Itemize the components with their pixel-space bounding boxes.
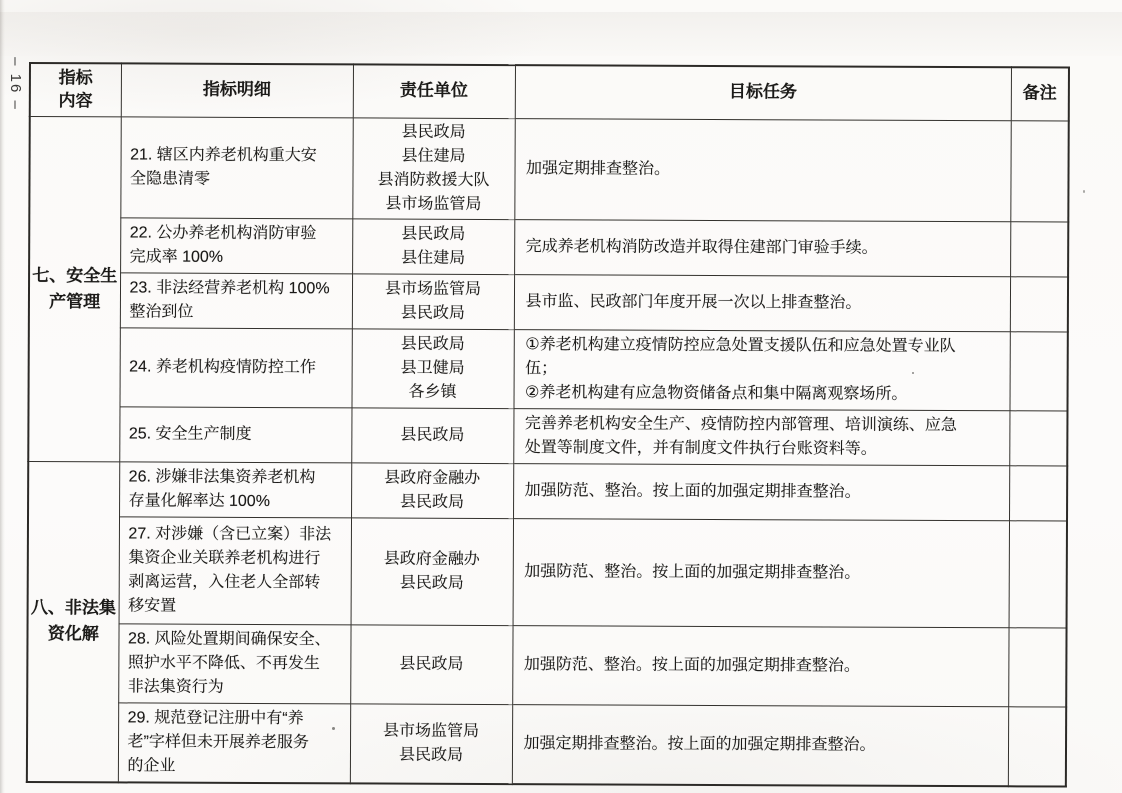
cell-remark-25	[1009, 411, 1067, 466]
cell-units-25: 县民政局	[351, 408, 513, 464]
cell-detail-23: 23. 非法经营养老机构 100% 整治到位	[120, 273, 352, 329]
cell-remark-21	[1010, 121, 1068, 222]
cell-remark-26	[1009, 466, 1067, 521]
table-row-24: 24. 养老机构疫情防控工作 县民政局 县卫健局 各乡镇 ①养老机构建立疫情防控…	[28, 327, 1067, 411]
cell-remark-27	[1009, 521, 1067, 628]
cell-units-23: 县市场监管局 县民政局	[352, 274, 514, 330]
cell-units-28: 县民政局	[350, 625, 512, 705]
cell-task-29: 加强定期排查整治。按上面的加强定期排查整治。	[512, 704, 1008, 786]
cell-units-21: 县民政局 县住建局 县消防救援大队 县市场监管局	[352, 118, 514, 220]
cell-task-25: 完善养老机构安全生产、疫情防控内部管理、培训演练、应急 处置等制度文件，并有制度…	[513, 408, 1009, 465]
header-row: 指标 内容 指标明细 责任单位 目标任务 备注	[30, 63, 1069, 121]
table-row-23: 23. 非法经营养老机构 100% 整治到位 县市场监管局 县民政局 县市监、民…	[29, 272, 1068, 332]
cell-task-27: 加强防范、整治。按上面的加强定期排查整治。	[513, 518, 1009, 627]
table-row-21: 七、安全生 产管理 21. 辖区内养老机构重大安 全隐患清零 县民政局 县住建局…	[29, 116, 1068, 222]
cell-task-28: 加强防范、整治。按上面的加强定期排查整治。	[512, 625, 1008, 706]
page-number: – 16 –	[4, 53, 24, 115]
cell-task-23: 县市监、民政部门年度开展一次以上排查整治。	[514, 274, 1010, 331]
cell-remark-28	[1008, 628, 1066, 707]
group-cell-illegal-fundraising: 八、非法集 资化解	[27, 461, 119, 782]
header-indicator-content: 指标 内容	[30, 63, 121, 117]
cell-units-27: 县政府金融办 县民政局	[351, 518, 513, 626]
scan-shadow-top	[0, 12, 1122, 56]
cell-units-22: 县民政局 县住建局	[352, 219, 514, 275]
cell-detail-26: 26. 涉嫌非法集资养老机构 存量化解率达 100%	[119, 462, 351, 518]
table-row-25: 25. 安全生产制度 县民政局 完善养老机构安全生产、疫情防控内部管理、培训演练…	[28, 406, 1067, 466]
header-responsible-unit: 责任单位	[353, 64, 515, 118]
scanned-page: – 16 – 指标 内容 指标明细 责任单位 目标任务 备注 七、安全生 产管理…	[0, 0, 1122, 793]
table-row-26: 八、非法集 资化解 26. 涉嫌非法集资养老机构 存量化解率达 100% 县政府…	[28, 461, 1067, 521]
cell-detail-22: 22. 公办养老机构消防审验 完成率 100%	[120, 218, 352, 274]
cell-remark-29	[1008, 707, 1066, 787]
table-row-28: 28. 风险处置期间确保安全、 照护水平不降低、不再发生 非法集资行为 县民政局…	[27, 623, 1066, 707]
cell-detail-24: 24. 养老机构疫情防控工作	[119, 328, 351, 408]
cell-task-26: 加强防范、整治。按上面的加强定期排查整治。	[513, 463, 1009, 520]
scan-speckle	[1083, 190, 1085, 193]
cell-detail-29: 29. 规范登记注册中有“养 老”字样但未开展养老服务 的企业	[118, 703, 350, 784]
cell-remark-22	[1010, 222, 1068, 277]
scan-edge-left	[0, 0, 5, 793]
table-row-22: 22. 公办养老机构消防审验 完成率 100% 县民政局 县住建局 完成养老机构…	[29, 217, 1068, 277]
cell-task-22: 完成养老机构消防改造并取得住建部门审验手续。	[514, 219, 1010, 276]
cell-units-26: 县政府金融办 县民政局	[351, 463, 513, 519]
cell-units-29: 县市场监管局 县民政局	[350, 704, 512, 784]
table-row-29: 29. 规范登记注册中有“养 老”字样但未开展养老服务 的企业 县市场监管局 县…	[27, 702, 1066, 786]
cell-detail-21: 21. 辖区内养老机构重大安 全隐患清零	[120, 117, 352, 219]
cell-remark-23	[1010, 277, 1068, 332]
table-row-27: 27. 对涉嫌（含已立案）非法 集资企业关联养老机构进行 剥离运营，入住老人全部…	[28, 516, 1067, 628]
header-target-task: 目标任务	[515, 65, 1011, 121]
header-remark: 备注	[1011, 67, 1069, 121]
assessment-table: 指标 内容 指标明细 责任单位 目标任务 备注 七、安全生 产管理 21. 辖区…	[26, 62, 1070, 787]
cell-detail-25: 25. 安全生产制度	[119, 407, 351, 463]
cell-units-24: 县民政局 县卫健局 各乡镇	[351, 329, 513, 409]
cell-task-24: ①养老机构建立疫情防控应急处置支援队伍和应急处置专业队 伍； ②养老机构建有应急…	[513, 329, 1009, 410]
table-container: 指标 内容 指标明细 责任单位 目标任务 备注 七、安全生 产管理 21. 辖区…	[26, 62, 1070, 787]
header-indicator-detail: 指标明细	[121, 63, 353, 117]
cell-detail-28: 28. 风险处置期间确保安全、 照护水平不降低、不再发生 非法集资行为	[118, 624, 350, 704]
cell-task-21: 加强定期排查整治。	[514, 118, 1010, 221]
cell-detail-27: 27. 对涉嫌（含已立案）非法 集资企业关联养老机构进行 剥离运营，入住老人全部…	[119, 517, 351, 625]
cell-remark-24	[1009, 332, 1067, 411]
group-cell-safety-production: 七、安全生 产管理	[28, 116, 121, 461]
